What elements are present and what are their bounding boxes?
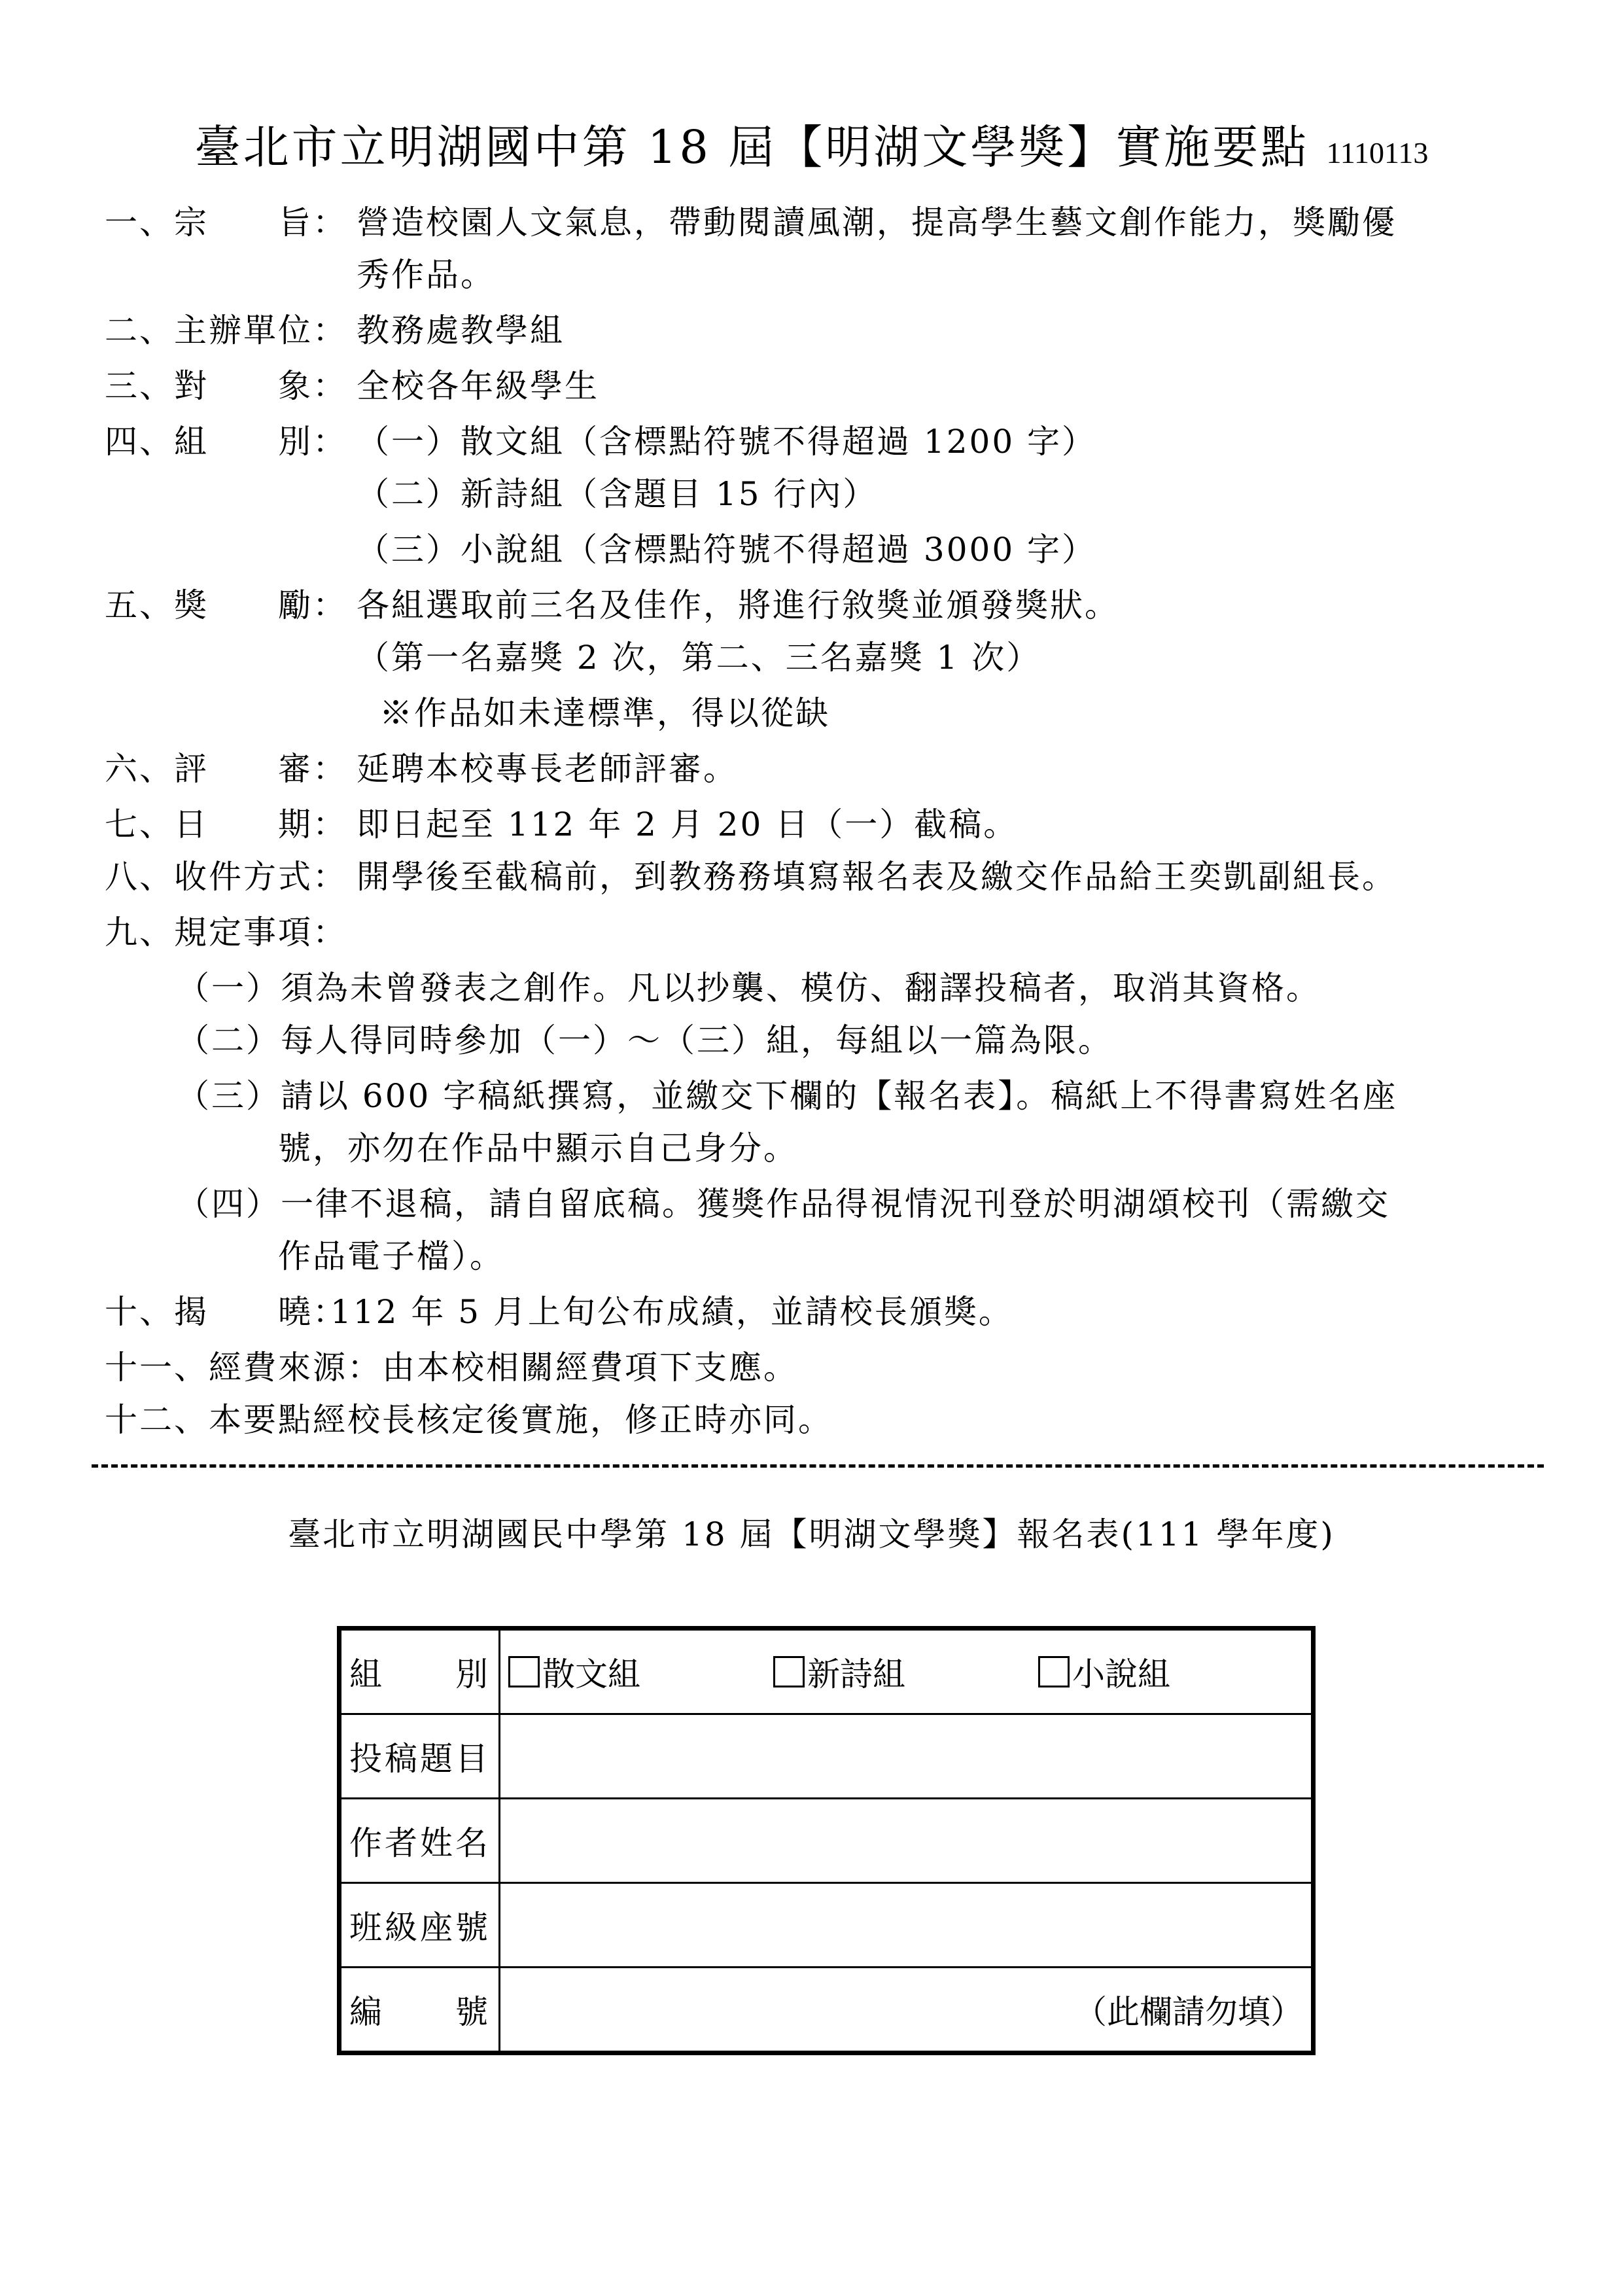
class-seat-field[interactable] — [500, 1883, 1314, 1968]
section-label: 六、評 審： — [105, 746, 357, 792]
group-item: （三）小說組（含標點符號不得超過 3000 字） — [357, 527, 1096, 573]
option-fiction[interactable]: 小說組 — [1038, 1648, 1303, 1695]
rule-item-cont: 作品電子檔）。 — [278, 1233, 504, 1279]
option-label: 散文組 — [542, 1648, 640, 1695]
class-seat-label: 班級座號 — [340, 1883, 500, 1968]
section-label: 二、主辦單位： — [105, 308, 357, 353]
form-row-number: 編號 （此欄請勿填） — [340, 1968, 1314, 2053]
section-text: 延聘本校專長老師評審。 — [357, 750, 738, 788]
label-char: 組 — [349, 1648, 385, 1695]
cut-line-divider — [92, 1464, 1544, 1468]
author-field[interactable] — [500, 1799, 1314, 1883]
section-label: 五、獎 勵： — [105, 582, 357, 628]
topic-field[interactable] — [500, 1714, 1314, 1799]
section-text: 營造校園人文氣息，帶動閱讀風潮，提高學生藝文創作能力，獎勵優 — [357, 203, 1397, 241]
section-awards: 五、獎 勵：各組選取前三名及佳作，將進行敘獎並頒發獎狀。 — [105, 582, 1119, 628]
option-poetry[interactable]: 新詩組 — [773, 1648, 1038, 1695]
form-row-topic: 投稿題目 — [340, 1714, 1314, 1799]
label-char: 號 — [455, 1986, 491, 2033]
form-title: 臺北市立明湖國民中學第 18 屆【明湖文學獎】報名表(111 學年度) — [0, 1511, 1623, 1557]
section-judging: 六、評 審：延聘本校專長老師評審。 — [105, 746, 738, 792]
form-row-group: 組別 散文組 新詩組 小說組 — [340, 1629, 1314, 1714]
group-label: 組別 — [340, 1629, 500, 1714]
section-label: 一、宗 旨： — [105, 200, 357, 245]
section-submission: 八、收件方式：開學後至截稿前，到教務務填寫報名表及繳交作品給王奕凱副組長。 — [105, 854, 1397, 900]
group-item: （二）新詩組（含題目 15 行內） — [357, 471, 877, 517]
section-label: 七、日 期： — [105, 802, 357, 847]
section-label: 四、組 別： — [105, 419, 357, 465]
section-implementation: 十二、本要點經校長核定後實施，修正時亦同。 — [105, 1397, 833, 1443]
section-text: 112 年 5 月上旬公布成績，並請校長頒獎。 — [330, 1293, 1013, 1331]
section-announcement: 十、揭 曉：112 年 5 月上旬公布成績，並請校長頒獎。 — [105, 1289, 1013, 1335]
section-text: 各組選取前三名及佳作，將進行敘獎並頒發獎狀。 — [357, 586, 1119, 624]
option-essay[interactable]: 散文組 — [508, 1648, 773, 1695]
section-organizer: 二、主辦單位：教務處教學組 — [105, 308, 565, 353]
section-text: 開學後至截稿前，到教務務填寫報名表及繳交作品給王奕凱副組長。 — [357, 858, 1397, 896]
checkbox-icon[interactable] — [1038, 1656, 1070, 1687]
section-target: 三、對 象：全校各年級學生 — [105, 363, 599, 409]
group-item: （一）散文組（含標點符號不得超過 1200 字） — [357, 423, 1096, 461]
topic-label: 投稿題目 — [340, 1714, 500, 1799]
section-text: 全校各年級學生 — [357, 367, 599, 405]
section-label: 十、揭 曉： — [105, 1289, 330, 1335]
rule-item: （一）須為未曾發表之創作。凡以抄襲、模仿、翻譯投稿者，取消其資格。 — [177, 965, 1321, 1011]
option-label: 小說組 — [1072, 1648, 1170, 1695]
group-options: 散文組 新詩組 小說組 — [500, 1629, 1314, 1714]
document-code: 1110113 — [1326, 136, 1428, 169]
registration-form: 組別 散文組 新詩組 小說組 投稿題目 作者姓名 班級座號 編號 （此欄請勿填） — [337, 1626, 1316, 2055]
form-row-author: 作者姓名 — [340, 1799, 1314, 1883]
label-char: 編 — [349, 1986, 385, 2033]
checkbox-icon[interactable] — [508, 1656, 540, 1687]
section-text: 即日起至 112 年 2 月 20 日（一）截稿。 — [357, 805, 1018, 843]
section-label: 三、對 象： — [105, 363, 357, 409]
number-label: 編號 — [340, 1968, 500, 2053]
number-field-note: （此欄請勿填） — [500, 1968, 1314, 2053]
checkbox-icon[interactable] — [773, 1656, 805, 1687]
title-text: 臺北市立明湖國中第 18 屆【明湖文學獎】實施要點 — [195, 120, 1310, 174]
section-rules-heading: 九、規定事項： — [105, 910, 347, 955]
awards-note: ※作品如未達標準，得以從缺 — [379, 690, 830, 736]
rule-item-cont: 號，亦勿在作品中顯示自己身分。 — [278, 1125, 798, 1171]
section-funding: 十一、經費來源：由本校相關經費項下支應。 — [105, 1345, 798, 1390]
rule-item: （三）請以 600 字稿紙撰寫，並繳交下欄的【報名表】。稿紙上不得書寫姓名座 — [177, 1073, 1397, 1119]
section-text: 教務處教學組 — [357, 311, 565, 349]
section-purpose-cont: 秀作品。 — [357, 252, 495, 298]
author-label: 作者姓名 — [340, 1799, 500, 1883]
rule-item: （四）一律不退稿，請自留底稿。獲獎作品得視情況刊登於明湖頌校刊（需繳交 — [177, 1181, 1390, 1227]
awards-detail: （第一名嘉獎 2 次，第二、三名嘉獎 1 次） — [357, 635, 1041, 680]
option-label: 新詩組 — [807, 1648, 905, 1695]
section-groups: 四、組 別：（一）散文組（含標點符號不得超過 1200 字） — [105, 419, 1096, 465]
section-deadline: 七、日 期：即日起至 112 年 2 月 20 日（一）截稿。 — [105, 802, 1018, 847]
section-label: 八、收件方式： — [105, 854, 357, 900]
section-purpose: 一、宗 旨：營造校園人文氣息，帶動閱讀風潮，提高學生藝文創作能力，獎勵優 — [105, 200, 1397, 245]
form-row-class-seat: 班級座號 — [340, 1883, 1314, 1968]
document-title: 臺北市立明湖國中第 18 屆【明湖文學獎】實施要點 1110113 — [0, 115, 1623, 186]
label-char: 別 — [455, 1648, 491, 1695]
rule-item: （二）每人得同時參加（一）～（三）組，每組以一篇為限。 — [177, 1017, 1113, 1063]
